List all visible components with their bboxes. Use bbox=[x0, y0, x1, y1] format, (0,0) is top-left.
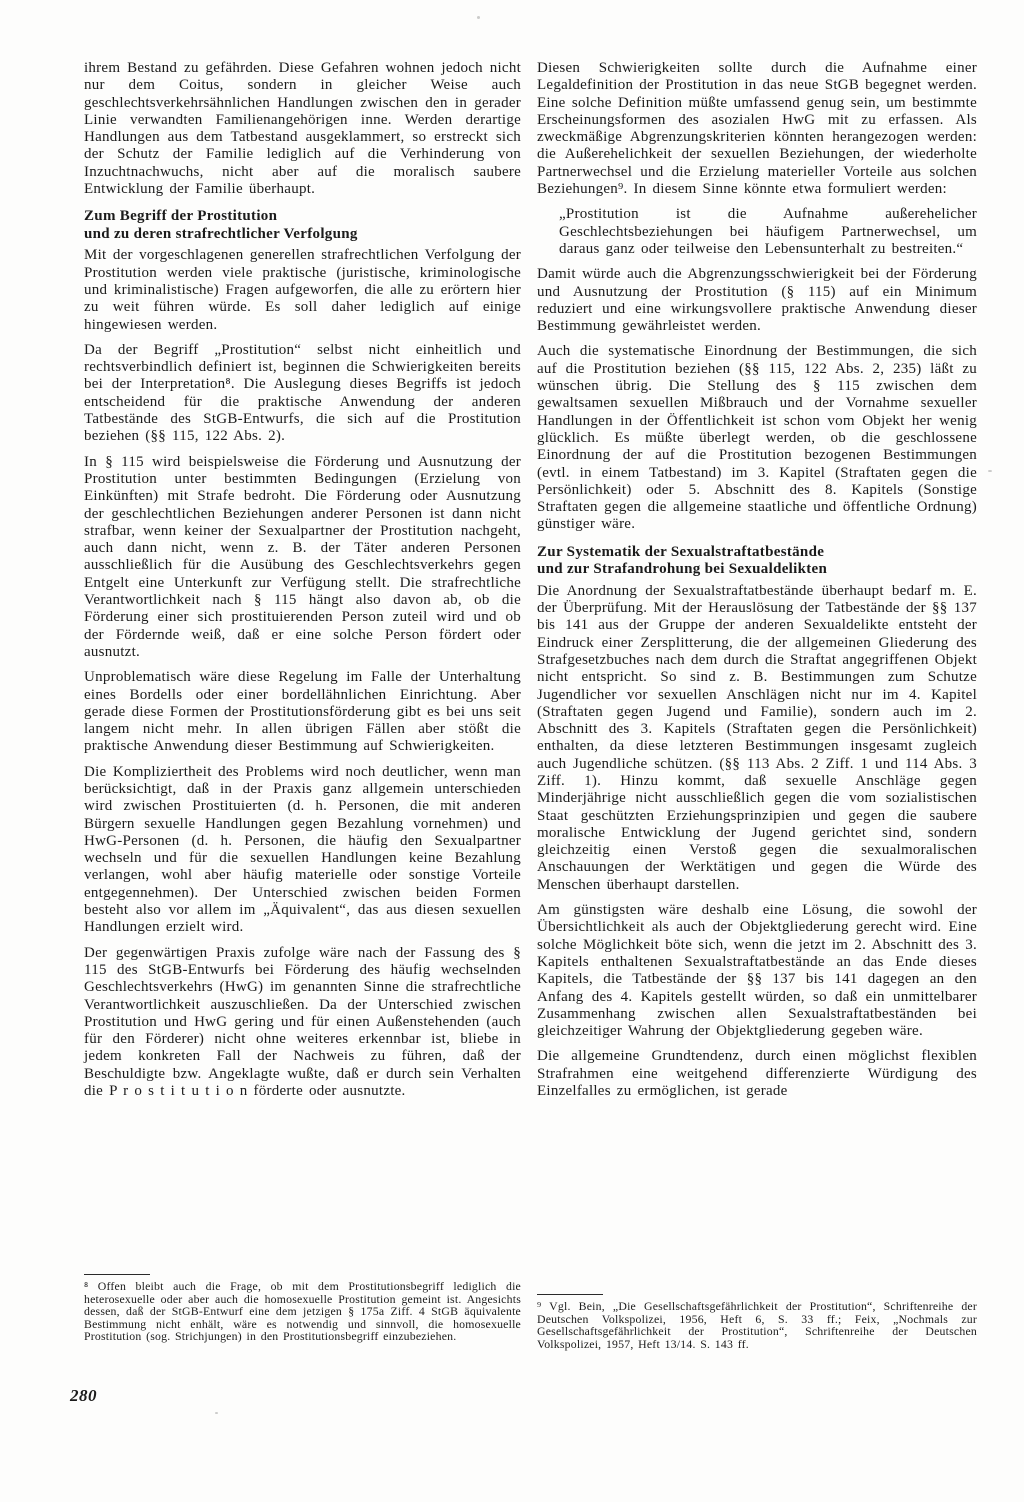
paragraph: Damit würde auch die Abgrenzungsschwieri… bbox=[537, 266, 977, 335]
paragraph: Unproblematisch wäre diese Regelung im F… bbox=[84, 669, 521, 755]
footnote-9-text: ⁹ Vgl. Bein, „Die Gesellschaftsgefährlic… bbox=[537, 1300, 977, 1350]
paragraph: Am günstigsten wäre deshalb eine Lösung,… bbox=[537, 902, 977, 1040]
paragraph: In § 115 wird beispielsweise die Förderu… bbox=[84, 454, 521, 662]
section-heading-prostitution-begriff: Zum Begriff der Prostitution und zu dere… bbox=[84, 208, 521, 243]
section-heading-systematik: Zur Systematik der Sexualstraftatbeständ… bbox=[537, 544, 977, 579]
left-column: ihrem Bestand zu gefährden. Diese Gefahr… bbox=[84, 60, 521, 1108]
footnote-divider bbox=[537, 1294, 603, 1295]
paragraph: Auch die systematische Einordnung der Be… bbox=[537, 343, 977, 533]
paragraph: Der gegenwärtigen Praxis zufolge wäre na… bbox=[84, 945, 521, 1101]
paragraph: Die Kompliziertheit des Problems wird no… bbox=[84, 764, 521, 937]
paragraph: Da der Begriff „Prostitution“ selbst nic… bbox=[84, 342, 521, 446]
paragraph: Mit der vorgeschlagenen generellen straf… bbox=[84, 247, 521, 333]
scan-speckle bbox=[215, 1412, 218, 1414]
paragraph: Die allgemeine Grundtendenz, durch einen… bbox=[537, 1048, 977, 1100]
footnote-9: ⁹ Vgl. Bein, „Die Gesellschaftsgefährlic… bbox=[537, 1294, 977, 1350]
page-number: 280 bbox=[70, 1386, 97, 1406]
scan-speckle bbox=[988, 470, 992, 472]
journal-page-scan: ihrem Bestand zu gefährden. Diese Gefahr… bbox=[0, 0, 1024, 1502]
definition-quote: „Prostitution ist die Aufnahme außerehel… bbox=[559, 206, 977, 258]
paragraph: Die Anordnung der Sexualstraftatbestände… bbox=[537, 583, 977, 894]
footnote-divider bbox=[84, 1274, 150, 1275]
scan-speckle bbox=[477, 16, 480, 19]
paragraph: ihrem Bestand zu gefährden. Diese Gefahr… bbox=[84, 60, 521, 198]
right-column: Diesen Schwierigkeiten sollte durch die … bbox=[537, 60, 977, 1108]
footnote-8-text: ⁸ Offen bleibt auch die Frage, ob mit de… bbox=[84, 1280, 521, 1343]
footnote-8: ⁸ Offen bleibt auch die Frage, ob mit de… bbox=[84, 1274, 521, 1343]
paragraph: Diesen Schwierigkeiten sollte durch die … bbox=[537, 60, 977, 198]
